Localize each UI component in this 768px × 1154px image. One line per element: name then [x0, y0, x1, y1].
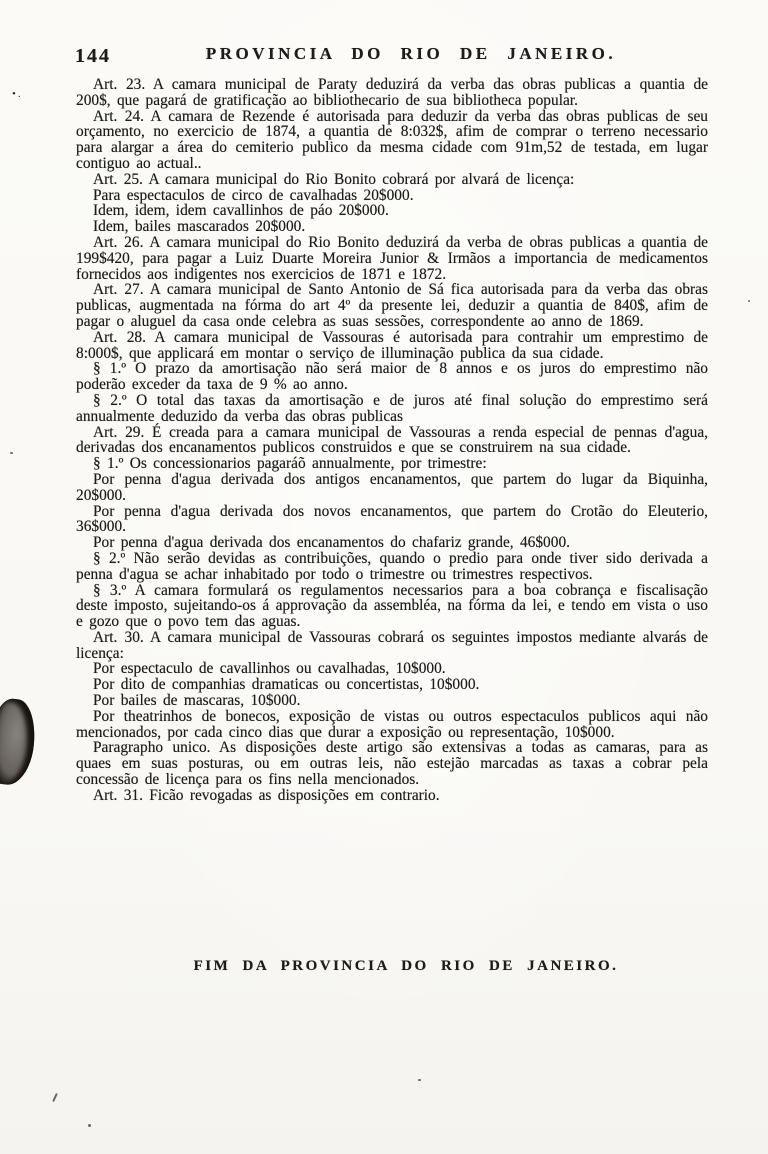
paragraph: Por theatrinhos de bonecos, exposição de…: [76, 709, 708, 741]
paragraph: § 1.º Os concessionarios pagaráõ annualm…: [76, 456, 708, 472]
paragraph: Art. 30. A camara municipal de Vassouras…: [76, 630, 708, 662]
ink-blot-artifact: [0, 697, 38, 787]
document-body: Art. 23. A camara municipal de Paraty de…: [76, 77, 708, 804]
paragraph: Por penna d'agua derivada dos encanament…: [76, 535, 708, 551]
scan-speck: [88, 1124, 91, 1127]
scan-speck: [418, 1079, 421, 1081]
paragraph: Idem, idem, idem cavallinhos de páo 20$0…: [76, 203, 708, 219]
margin-mark-artifact: •.: [12, 88, 23, 100]
paragraph: Idem, bailes mascarados 20$000.: [76, 219, 708, 235]
scan-speck: [52, 1093, 58, 1102]
page-header: 144 PROVINCIA DO RIO DE JANEIRO.: [75, 44, 707, 70]
page-number: 144: [75, 45, 111, 68]
paragraph: Art. 28. A camara municipal de Vassouras…: [76, 330, 708, 362]
paragraph: Art. 25. A camara municipal do Rio Bonit…: [76, 172, 708, 188]
paragraph: Art. 23. A camara municipal de Paraty de…: [76, 77, 708, 109]
paragraph: § 1.º O prazo da amortisação não será ma…: [76, 361, 708, 393]
paragraph: Por penna d'agua derivada dos novos enca…: [76, 504, 708, 536]
paragraph: Por bailes de mascaras, 10$000.: [76, 693, 708, 709]
paragraph: Paragrapho unico. As disposições deste a…: [76, 740, 708, 787]
paragraph: Por espectaculo de cavallinhos ou cavalh…: [76, 661, 708, 677]
paragraph: Por penna d'agua derivada dos antigos en…: [76, 472, 708, 504]
paragraph: § 2.º O total das taxas da amortisação e…: [76, 393, 708, 425]
paragraph: Por dito de companhias dramaticas ou con…: [76, 677, 708, 693]
paragraph: Art. 31. Ficão revogadas as disposições …: [76, 788, 708, 804]
end-of-section-title: FIM DA PROVINCIA DO RIO DE JANEIRO.: [86, 958, 726, 975]
paragraph: Art. 29. É creada para a camara municipa…: [76, 425, 708, 457]
scan-speck: [748, 300, 750, 302]
paragraph: Art. 26. A camara municipal do Rio Bonit…: [76, 235, 708, 282]
paragraph: Para espectaculos de circo de cavalhadas…: [76, 188, 708, 204]
page-header-title: PROVINCIA DO RIO DE JANEIRO.: [135, 44, 687, 64]
scanned-document-page: 144 PROVINCIA DO RIO DE JANEIRO. Art. 23…: [0, 0, 768, 1154]
paragraph: Art. 24. A camara de Rezende é autorisad…: [76, 109, 708, 172]
scan-speck: [10, 452, 13, 454]
paragraph: § 3.º A camara formulará os regulamentos…: [76, 583, 708, 630]
paragraph: § 2.º Não serão devidas as contribuições…: [76, 551, 708, 583]
paragraph: Art. 27. A camara municipal de Santo Ant…: [76, 282, 708, 329]
